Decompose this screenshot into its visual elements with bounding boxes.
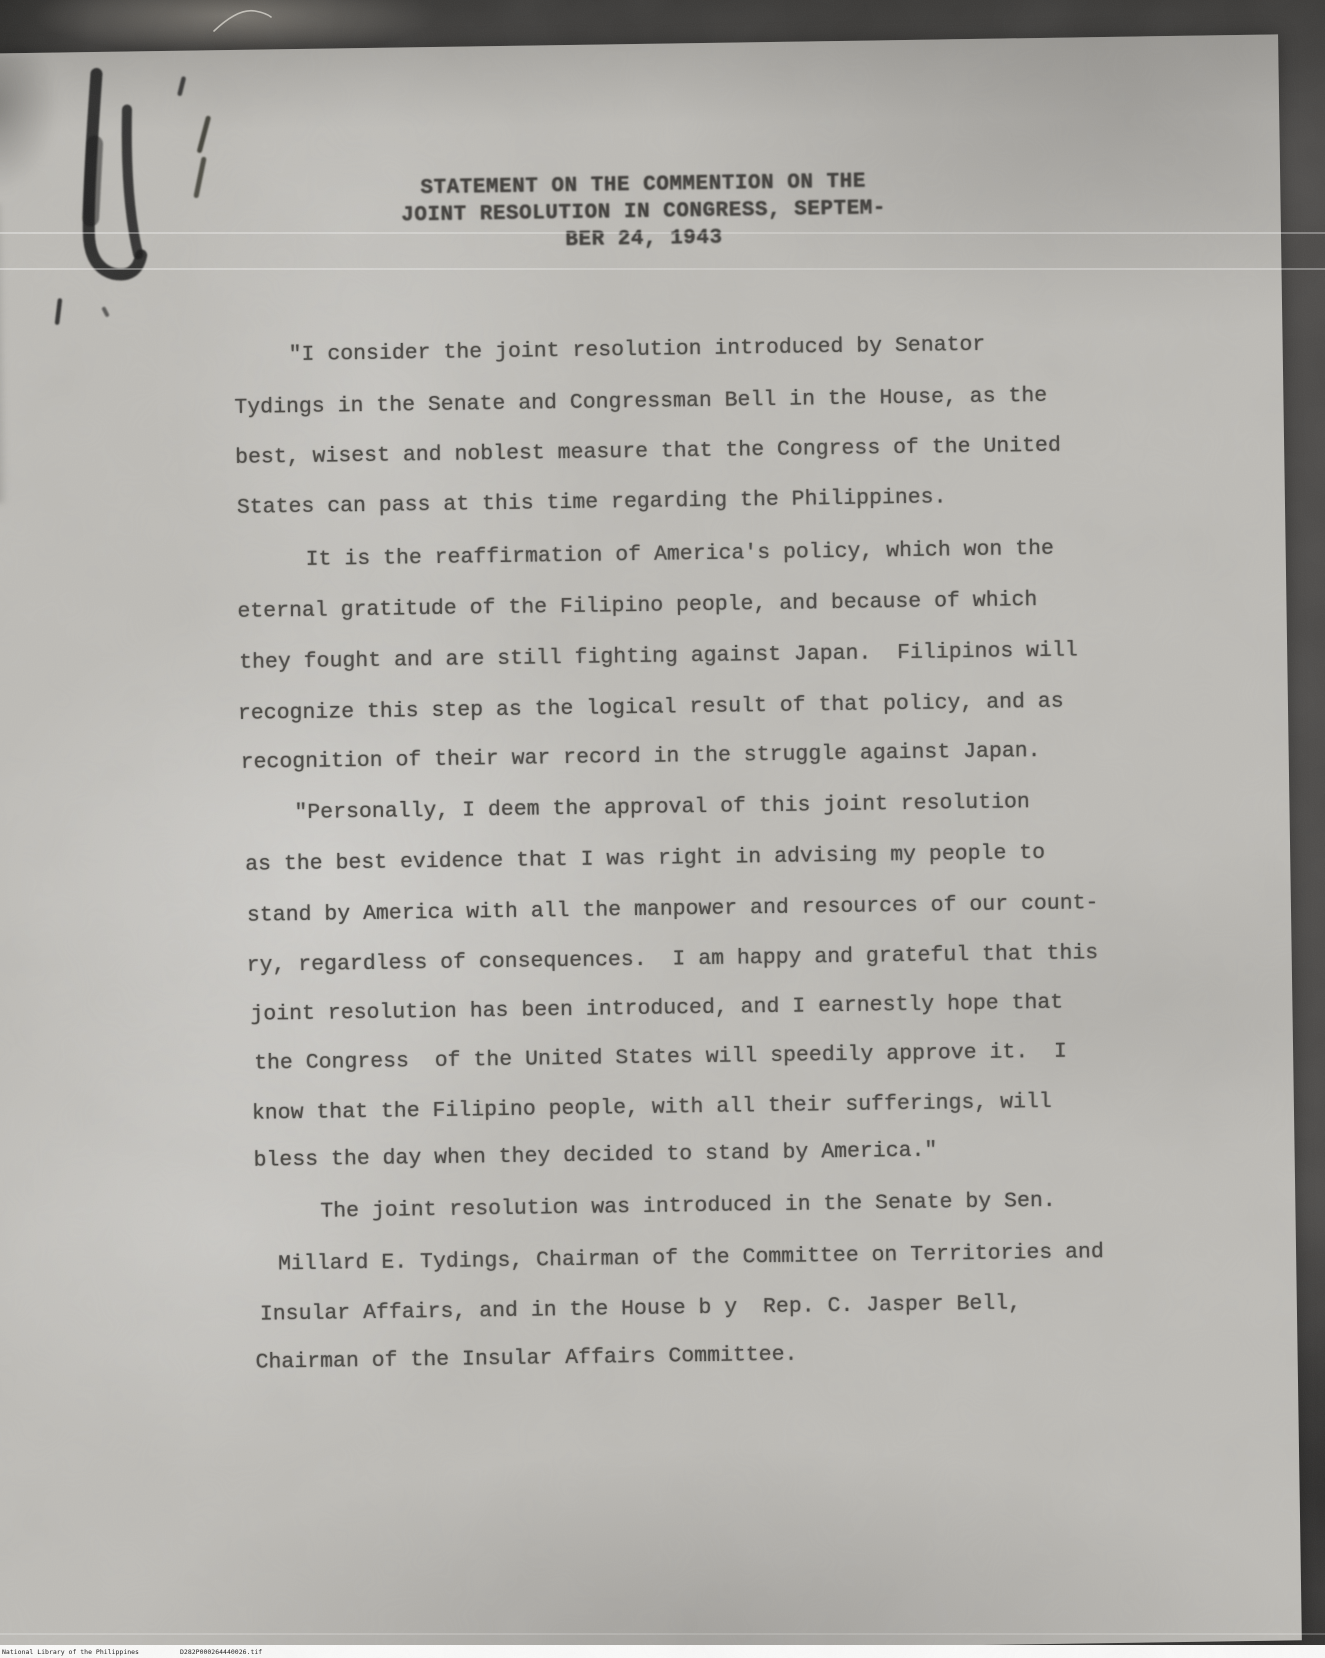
typed-line: they fought and are still fighting again… [239, 638, 1078, 674]
typed-line: It is the reaffirmation of America's pol… [306, 537, 1055, 572]
typed-line: Insular Affairs, and in the House b y Re… [260, 1291, 1022, 1326]
typed-line: "Personally, I deem the approval of this… [294, 790, 1030, 825]
typed-line: recognize this step as the logical resul… [238, 690, 1064, 726]
typed-line: as the best evidence that I was right in… [245, 841, 1045, 877]
typed-line: Tydings in the Senate and Congressman Be… [234, 384, 1047, 420]
typed-line: the Congress of the United States will s… [254, 1040, 1067, 1076]
typed-line: best, wisest and noblest measure that th… [235, 434, 1061, 470]
library-name: National Library of the Philippines [2, 1648, 139, 1656]
typed-line: stand by America with all the manpower a… [247, 891, 1099, 928]
footer-bar: National Library of the Philippines D282… [0, 1645, 1325, 1658]
typed-line: States can pass at this time regarding t… [237, 485, 947, 520]
typed-line: Chairman of the Insular Affairs Committe… [255, 1343, 797, 1375]
typed-line: "I consider the joint resolution introdu… [288, 333, 985, 367]
typed-line: joint resolution has been introduced, an… [250, 991, 1063, 1027]
typed-line: recognition of their war record in the s… [241, 739, 1041, 775]
typed-line: The joint resolution was introduced in t… [320, 1189, 1056, 1224]
paper-sheet: STATEMENT ON THE COMMENTION ON THE JOINT… [0, 34, 1302, 1658]
file-name: D282P000264440026.tif [180, 1648, 262, 1656]
typed-line: ry, regardless of consequences. I am hap… [247, 941, 1099, 978]
typed-line: know that the Filipino people, with all … [252, 1090, 1052, 1126]
typed-line: Millard E. Tydings, Chairman of the Comm… [278, 1240, 1104, 1276]
typed-line: eternal gratitude of the Filipino people… [237, 588, 1037, 624]
scanned-document-view: STATEMENT ON THE COMMENTION ON THE JOINT… [0, 0, 1325, 1658]
typed-line: bless the day when they decided to stand… [253, 1139, 937, 1173]
